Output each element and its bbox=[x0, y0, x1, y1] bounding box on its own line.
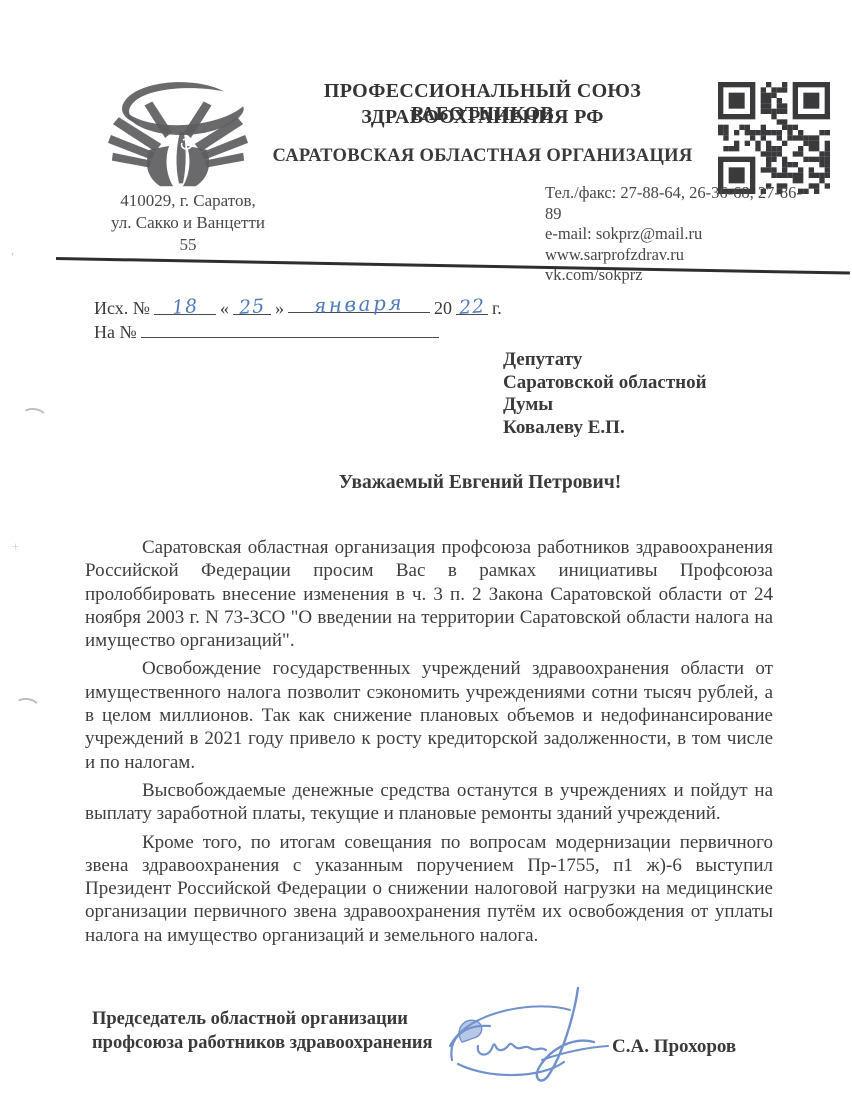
outgoing-number-line: Исх. №18«25»января2022г. bbox=[94, 295, 502, 320]
year-prefix: 20 bbox=[434, 298, 452, 318]
signer-name: С.А. Прохоров bbox=[612, 1036, 736, 1058]
outgoing-label: Исх. № bbox=[94, 298, 150, 318]
address-line: 55 bbox=[78, 234, 298, 256]
reference-block: Исх. №18«25»января2022г. На № bbox=[94, 295, 502, 345]
scan-artifact: + bbox=[12, 539, 19, 554]
body-paragraph: Кроме того, по итогам совещания по вопро… bbox=[85, 831, 773, 947]
outgoing-number-field: 18 bbox=[154, 297, 216, 315]
qr-code bbox=[718, 82, 830, 194]
phone-fax-line: 89 bbox=[545, 204, 847, 225]
letter-body: Саратовская областная организация профсо… bbox=[85, 536, 773, 952]
signer-title-line: Председатель областной организации bbox=[92, 1007, 433, 1031]
day-handwritten: 25 bbox=[238, 295, 266, 319]
medical-bowl-logo-icon bbox=[104, 78, 252, 190]
scan-artifact: , bbox=[11, 243, 14, 258]
month-field: января bbox=[288, 295, 430, 313]
body-paragraph: Саратовская областная организация профсо… bbox=[85, 536, 773, 652]
email-line: e-mail: sokprz@mail.ru bbox=[545, 224, 847, 245]
year-unit: г. bbox=[492, 298, 502, 318]
address-line: ул. Сакко и Ванцетти bbox=[78, 212, 298, 234]
regional-org-name: САРАТОВСКАЯ ОБЛАСТНАЯ ОРГАНИЗАЦИЯ bbox=[250, 146, 715, 167]
recipient-line: Саратовской областной bbox=[503, 372, 707, 395]
year-field: 22 bbox=[456, 297, 488, 315]
handwritten-signature bbox=[442, 980, 622, 1098]
scan-artifact bbox=[20, 406, 48, 427]
recipient-line: Депутату bbox=[503, 349, 707, 372]
phone-fax-line: Тел./факс: 27-88-64, 26-36-68, 27-86- bbox=[545, 183, 847, 204]
body-paragraph: Освобождение государственных учреждений … bbox=[85, 657, 773, 773]
address-line: 410029, г. Саратов, bbox=[78, 190, 298, 212]
close-quote: » bbox=[275, 298, 284, 318]
scanned-letter-page: ПРОФЕССИОНАЛЬНЫЙ СОЮЗ РАБОТНИКОВ ЗДРАВОО… bbox=[0, 0, 852, 1100]
incoming-number-line: На № bbox=[94, 320, 502, 345]
org-name-line2: ЗДРАВООХРАНЕНИЯ РФ bbox=[250, 106, 715, 129]
open-quote: « bbox=[220, 298, 229, 318]
year-handwritten: 22 bbox=[458, 295, 486, 319]
signer-title: Председатель областной организации профс… bbox=[92, 1007, 433, 1055]
salutation: Уважаемый Евгений Петрович! bbox=[160, 472, 800, 494]
recipient-line: Ковалеву Е.П. bbox=[503, 417, 707, 440]
recipient-block: Депутату Саратовской областной Думы Кова… bbox=[503, 349, 707, 439]
incoming-number-field bbox=[141, 320, 439, 338]
signer-title-line: профсоюза работников здравоохранения bbox=[92, 1031, 433, 1055]
month-handwritten: января bbox=[313, 290, 405, 317]
recipient-line: Думы bbox=[503, 394, 707, 417]
body-paragraph: Высвобождаемые денежные средства останут… bbox=[85, 779, 773, 826]
outgoing-number-handwritten: 18 bbox=[171, 295, 199, 319]
incoming-label: На № bbox=[94, 322, 137, 342]
org-address: 410029, г. Саратов, ул. Сакко и Ванцетти… bbox=[78, 190, 298, 256]
scan-artifact bbox=[13, 696, 41, 717]
website-line: www.sarprofzdrav.ru bbox=[545, 245, 847, 266]
day-field: 25 bbox=[233, 297, 271, 315]
